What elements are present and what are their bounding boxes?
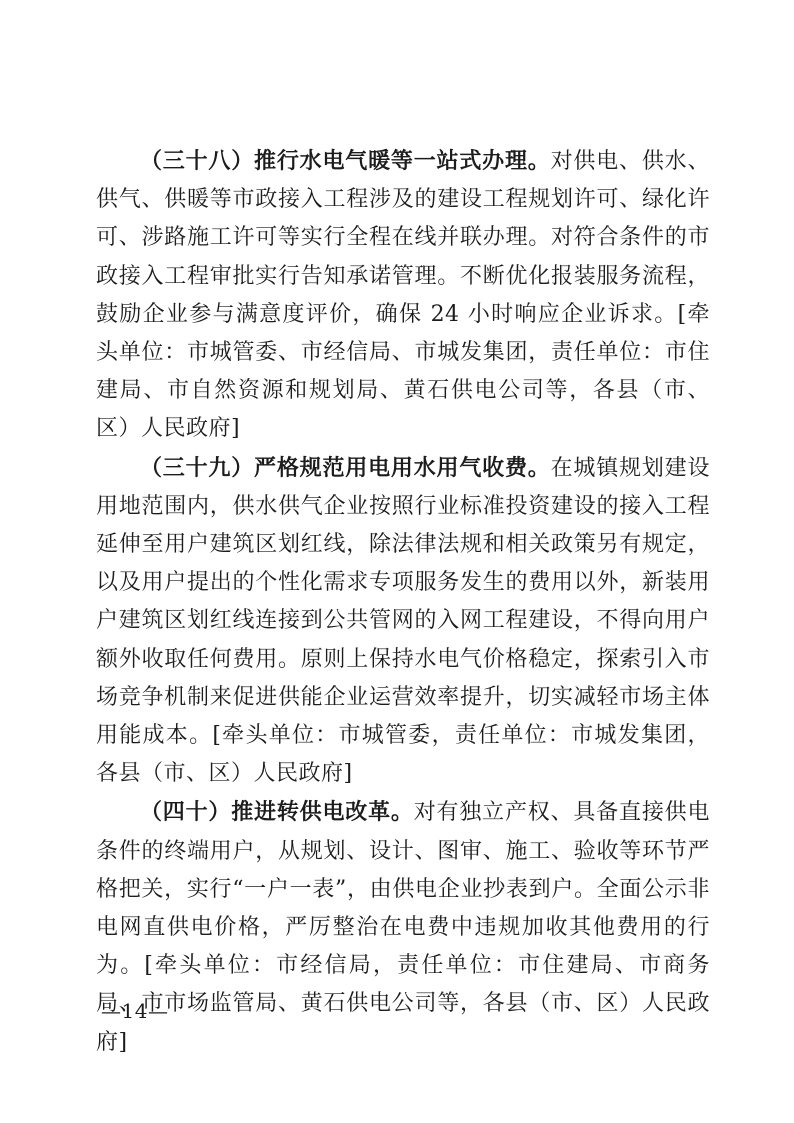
paragraph-heading: （三十八）推行水电气暖等一站式办理。 [140,148,551,174]
paragraph-text: 对有独立产权、具备直接供电条件的终端用户，从规划、设计、图审、施工、验收等环节严… [96,800,710,1054]
paragraph-text: 在城镇规划建设用地范围内，供水供气企业按照行业标准投资建设的接入工程延伸至用户建… [96,456,710,787]
paragraph-heading: （三十九）严格规范用电用水用气收费。 [140,455,551,481]
paragraph-heading: （四十）推进转供电改革。 [140,799,414,825]
paragraph-text: 对供电、供水、供气、供暖等市政接入工程涉及的建设工程规划许可、绿化许可、涉路施工… [96,149,710,441]
paragraph-item-40: （四十）推进转供电改革。对有独立产权、具备直接供电条件的终端用户，从规划、设计、… [96,793,710,1061]
page-number: —14— [101,999,168,1023]
document-body: （三十八）推行水电气暖等一站式办理。对供电、供水、供气、供暖等市政接入工程涉及的… [96,142,710,1062]
paragraph-item-38: （三十八）推行水电气暖等一站式办理。对供电、供水、供气、供暖等市政接入工程涉及的… [96,142,710,449]
document-page: （三十八）推行水电气暖等一站式办理。对供电、供水、供气、供暖等市政接入工程涉及的… [0,0,794,1123]
paragraph-item-39: （三十九）严格规范用电用水用气收费。在城镇规划建设用地范围内，供水供气企业按照行… [96,449,710,794]
